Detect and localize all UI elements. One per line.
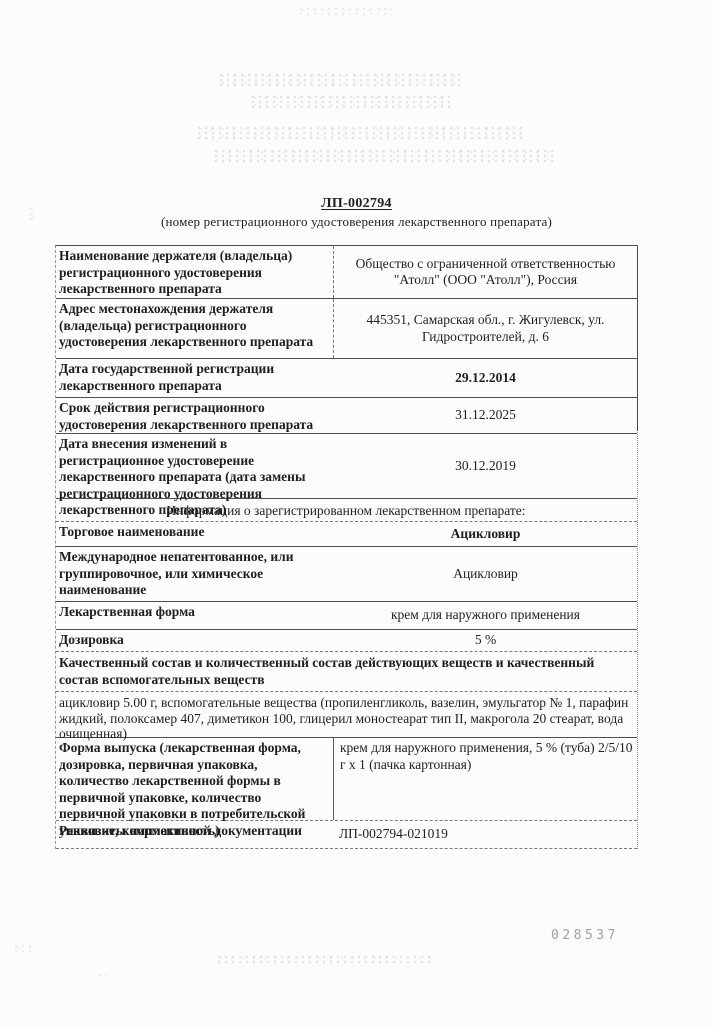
document-page: ЛП-002794 (номер регистрационного удосто… bbox=[0, 0, 713, 1027]
inn-value: Ацикловир bbox=[334, 547, 637, 601]
faded-marks-top bbox=[300, 8, 392, 15]
dosage-label: Дозировка bbox=[56, 630, 334, 651]
table-row-composition-header: Качественный состав и количественный сос… bbox=[56, 652, 637, 692]
composition-header: Качественный состав и количественный сос… bbox=[56, 652, 637, 691]
table-row-dosage: Дозировка 5 % bbox=[56, 630, 637, 652]
dosage-form-label: Лекарственная форма bbox=[56, 602, 334, 629]
table-row-amendment-date: Дата внесения изменений в регистрационно… bbox=[56, 434, 637, 499]
holder-name-value: Общество с ограниченной ответственностью… bbox=[334, 246, 637, 298]
normative-docs-value: ЛП-002794-021019 bbox=[334, 821, 637, 848]
table-row-trade-name: Торговое наименование Ацикловир bbox=[56, 522, 637, 547]
stamp-number: 028537 bbox=[551, 928, 619, 943]
holder-name-label: Наименование держателя (владельца) регис… bbox=[56, 246, 334, 298]
table-row-expiry-date: Срок действия регистрационного удостовер… bbox=[56, 398, 637, 434]
trade-name-label: Торговое наименование bbox=[56, 522, 334, 546]
inn-label: Международное непатентованное, или групп… bbox=[56, 547, 334, 601]
release-form-value: крем для наружного применения, 5 % (туба… bbox=[334, 738, 637, 820]
dosage-form-value: крем для наружного применения bbox=[334, 602, 637, 629]
table-row-holder-address: Адрес местонахождения держателя (владель… bbox=[56, 299, 637, 359]
registration-number: ЛП-002794 bbox=[0, 196, 713, 212]
table-row-composition: ацикловир 5.00 г, вспомогательные вещест… bbox=[56, 692, 637, 738]
amendment-date-label: Дата внесения изменений в регистрационно… bbox=[56, 434, 334, 498]
faded-text-block-1-line-2 bbox=[252, 96, 452, 110]
normative-docs-label: Реквизиты нормативной документации bbox=[56, 821, 334, 848]
table-row-dosage-form: Лекарственная форма крем для наружного п… bbox=[56, 602, 637, 630]
faded-footer-line bbox=[218, 956, 433, 965]
faded-text-block-2-line-1 bbox=[198, 127, 523, 141]
table-row-registration-date: Дата государственной регистрации лекарст… bbox=[56, 359, 637, 398]
release-form-label: Форма выпуска (лекарственная форма, дози… bbox=[56, 738, 334, 820]
faded-text-block-1-line-1 bbox=[220, 74, 465, 89]
dosage-value: 5 % bbox=[334, 630, 637, 651]
registration-date-value: 29.12.2014 bbox=[334, 359, 637, 397]
table-row-inn: Международное непатентованное, или групп… bbox=[56, 547, 637, 602]
table-right-border bbox=[637, 246, 638, 431]
expiry-date-label: Срок действия регистрационного удостовер… bbox=[56, 398, 334, 433]
registration-date-label: Дата государственной регистрации лекарст… bbox=[56, 359, 334, 397]
faded-text-block-2-line-2 bbox=[215, 150, 555, 165]
table-row-info-section: Информация о зарегистрированном лекарств… bbox=[56, 499, 637, 522]
faded-footer-speck-1 bbox=[98, 974, 106, 979]
registration-table: Наименование держателя (владельца) регис… bbox=[55, 245, 638, 849]
amendment-date-value: 30.12.2019 bbox=[334, 434, 637, 498]
info-section-title: Информация о зарегистрированном лекарств… bbox=[56, 499, 637, 521]
trade-name-value: Ацикловир bbox=[334, 522, 637, 546]
table-row-holder-name: Наименование держателя (владельца) регис… bbox=[56, 246, 637, 299]
registration-header: ЛП-002794 (номер регистрационного удосто… bbox=[0, 196, 713, 230]
holder-address-value: 445351, Самарская обл., г. Жигулевск, ул… bbox=[334, 299, 637, 358]
expiry-date-value: 31.12.2025 bbox=[334, 398, 637, 433]
table-row-release-form: Форма выпуска (лекарственная форма, дози… bbox=[56, 738, 637, 821]
composition-text: ацикловир 5.00 г, вспомогательные вещест… bbox=[56, 692, 637, 737]
faded-footer-speck-2 bbox=[15, 945, 35, 953]
registration-number-caption: (номер регистрационного удостоверения ле… bbox=[0, 214, 713, 230]
holder-address-label: Адрес местонахождения держателя (владель… bbox=[56, 299, 334, 358]
table-row-normative-docs: Реквизиты нормативной документации ЛП-00… bbox=[56, 821, 637, 849]
